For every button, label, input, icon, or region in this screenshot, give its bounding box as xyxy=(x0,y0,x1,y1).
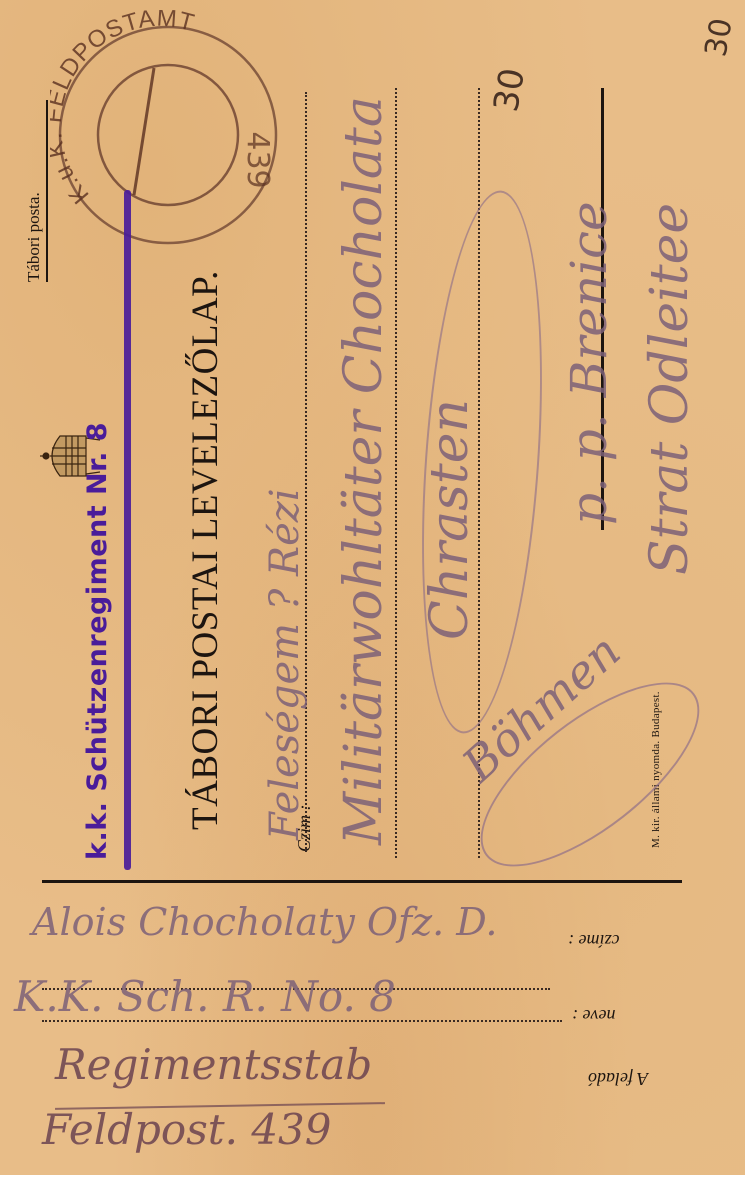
sender-address-label: czíme : xyxy=(568,930,619,951)
pencil-mark-top-center: 30 xyxy=(486,65,533,115)
sender-line-2-text: K.K. Sch. R. No. 8 xyxy=(14,972,396,1021)
sender-line-1-text: Alois Chocholaty Ofz. D. xyxy=(32,900,497,944)
postmark-ring-text: K.u.K. FELDPOSTAMT xyxy=(50,10,198,209)
recipient-line-1: Feleségem ? Rézi xyxy=(262,488,308,840)
svg-text:K.u.K. FELDPOSTAMT: K.u.K. FELDPOSTAMT xyxy=(50,10,198,209)
regiment-stamp-rule xyxy=(124,190,131,870)
annotation-oval-1 xyxy=(406,187,558,738)
regiment-stamp: k.k. Schützenregiment Nr. 8 xyxy=(82,422,113,860)
header-rule xyxy=(46,100,48,282)
header-label: Tábori posta. xyxy=(24,192,44,282)
card-title: TÁBORI POSTAI LEVELEZŐLAP. xyxy=(184,270,227,830)
sender-divider xyxy=(42,880,682,883)
postcard: Tábori posta. K.u.K. FELDPOSTAMT 439 TÁB… xyxy=(0,0,745,1175)
recipient-line-4: p. p. Brenice xyxy=(560,201,618,525)
sender-line-4-text: Feldpost. 439 xyxy=(42,1105,332,1154)
sender-section-label: A feladó xyxy=(588,1068,648,1089)
sender-name-label: neve : xyxy=(572,1005,615,1026)
recipient-line-2: Militärwohltäter Chocholata xyxy=(334,96,394,845)
pencil-mark-top-right: 30 xyxy=(699,16,740,60)
sender-line-3-text: Regimentsstab xyxy=(55,1040,372,1089)
recipient-line-5: Strat Odleitee xyxy=(640,203,700,575)
postmark-number: 439 xyxy=(240,131,275,188)
address-line-2 xyxy=(395,88,397,858)
postmark-icon: K.u.K. FELDPOSTAMT 439 xyxy=(50,10,290,260)
